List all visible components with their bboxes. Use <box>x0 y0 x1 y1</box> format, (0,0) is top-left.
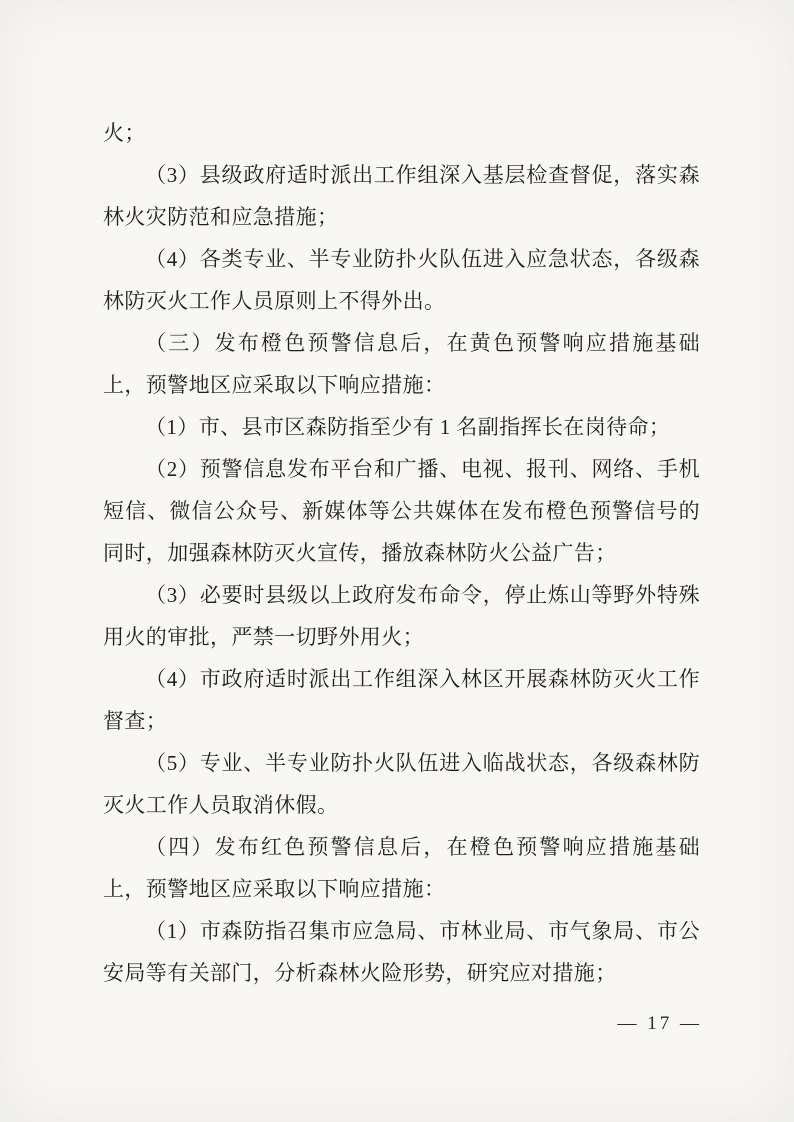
document-page: 火； （3）县级政府适时派出工作组深入基层检查督促，落实森林火灾防范和应急措施；… <box>0 0 794 1122</box>
paragraph: （5）专业、半专业防扑火队伍进入临战状态，各级森林防灭火工作人员取消休假。 <box>103 742 700 826</box>
paragraph: （4）各类专业、半专业防扑火队伍进入应急状态，各级森林防灭火工作人员原则上不得外… <box>103 238 700 322</box>
paragraph: （1）市、县市区森防指至少有 1 名副指挥长在岗待命； <box>103 406 700 448</box>
page-number: — 17 — <box>618 1013 703 1035</box>
paragraph: （1）市森防指召集市应急局、市林业局、市气象局、市公安局等有关部门，分析森林火险… <box>103 910 700 994</box>
paragraph-continuation: 火； <box>103 112 700 154</box>
paragraph: （3）必要时县级以上政府发布命令，停止炼山等野外特殊用火的审批，严禁一切野外用火… <box>103 574 700 658</box>
paragraph: （4）市政府适时派出工作组深入林区开展森林防灭火工作督查； <box>103 658 700 742</box>
paragraph-section-heading: （四）发布红色预警信息后，在橙色预警响应措施基础上，预警地区应采取以下响应措施： <box>103 826 700 910</box>
document-body: 火； （3）县级政府适时派出工作组深入基层检查督促，落实森林火灾防范和应急措施；… <box>103 112 700 994</box>
paragraph: （2）预警信息发布平台和广播、电视、报刊、网络、手机短信、微信公众号、新媒体等公… <box>103 448 700 574</box>
paragraph: （3）县级政府适时派出工作组深入基层检查督促，落实森林火灾防范和应急措施； <box>103 154 700 238</box>
paragraph-section-heading: （三）发布橙色预警信息后，在黄色预警响应措施基础上，预警地区应采取以下响应措施： <box>103 322 700 406</box>
